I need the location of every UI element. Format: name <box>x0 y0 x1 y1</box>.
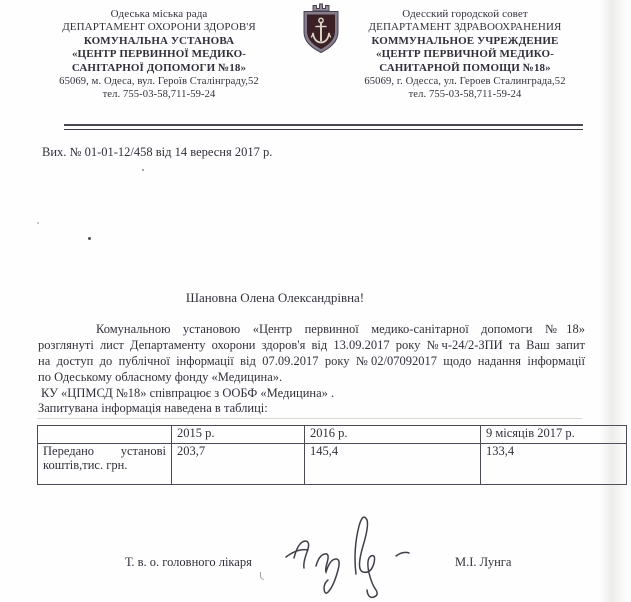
letterhead-ukrainian: Одеська міська рада ДЕПАРТАМЕНТ ОХОРОНИ … <box>28 8 290 102</box>
org-center-line-2-ru: САНИТАРНОЙ ПОМОЩИ №18» <box>340 62 590 75</box>
org-center-line-1-ru: «ЦЕНТР ПЕРВИЧНОЙ МЕДИКО- <box>340 48 590 61</box>
odessa-coat-of-arms-icon <box>296 2 346 55</box>
scan-speck <box>37 222 39 224</box>
org-department-line-ru: ДЕПАРТАМЕНТ ЗДРАВООХРАНЕНИЯ <box>340 21 590 34</box>
table-data-row: Передано установі коштів,тис. грн. 203,7… <box>38 444 627 485</box>
funds-table: 2015 р. 2016 р. 9 місяців 2017 р. Переда… <box>37 425 627 485</box>
letterhead-divider-rule <box>64 124 583 130</box>
scanned-letter-page: Одеська міська рада ДЕПАРТАМЕНТ ОХОРОНИ … <box>0 0 631 602</box>
org-center-line-1: «ЦЕНТР ПЕРВИННОЇ МЕДИКО- <box>28 48 290 61</box>
org-phone-line-ru: тел. 755-03-58,711-59-24 <box>340 88 590 101</box>
scan-shadow-artifact <box>600 0 627 602</box>
body-line-6: Запитувана інформація наведена в таблиці… <box>38 401 585 417</box>
table-header-2016: 2016 р. <box>305 426 481 444</box>
scan-speck <box>88 237 91 240</box>
salutation: Шановна Олена Олександрівна! <box>40 290 510 306</box>
org-phone-line: тел. 755-03-58,711-59-24 <box>28 88 290 101</box>
signoff-title: Т. в. о. головного лікаря <box>125 555 252 570</box>
table-header-row: 2015 р. 2016 р. 9 місяців 2017 р. <box>38 426 627 444</box>
table-row-label: Передано установі коштів,тис. грн. <box>38 444 172 485</box>
body-line-5: КУ «ЦПМСД №18» співпрацює з ООБФ «Медици… <box>38 386 585 402</box>
org-council-line-ru: Одесский городской совет <box>340 8 590 21</box>
org-institution-line-ru: КОММУНАЛЬНОЕ УЧРЕЖДЕНИЕ <box>340 35 590 48</box>
coat-of-arms-svg <box>296 2 346 55</box>
letter-body: Комунальною установою «Центр первинної м… <box>38 322 585 417</box>
body-line-3: на доступ до публічної інформації від 07… <box>38 354 585 370</box>
org-council-line: Одеська міська рада <box>28 8 290 21</box>
handwritten-signature <box>278 508 418 602</box>
table-header-2015: 2015 р. <box>172 426 305 444</box>
org-address-line: 65069, м. Одеса, вул. Героїв Сталінграду… <box>28 75 290 88</box>
scan-speck <box>142 169 144 171</box>
org-institution-line: КОМУНАЛЬНА УСТАНОВА <box>28 35 290 48</box>
body-line-4: по Одеському обласному фонду «Медицина». <box>38 370 585 386</box>
letterhead-russian: Одесский городской совет ДЕПАРТАМЕНТ ЗДР… <box>340 8 590 102</box>
table-value-2015: 203,7 <box>172 444 305 485</box>
scan-speck <box>260 572 264 580</box>
scan-ghost-line <box>37 418 582 419</box>
org-department-line: ДЕПАРТАМЕНТ ОХОРОНИ ЗДОРОВ'Я <box>28 21 290 34</box>
table-value-2016: 145,4 <box>305 444 481 485</box>
body-line-2: розглянуті лист Департаменту охорони здо… <box>38 338 585 354</box>
table-header-empty <box>38 426 172 444</box>
body-line-1: Комунальною установою «Центр первинної м… <box>38 322 585 338</box>
signoff-name: М.І. Лунга <box>455 555 511 570</box>
org-center-line-2: САНІТАРНОЇ ДОПОМОГИ №18» <box>28 62 290 75</box>
org-address-line-ru: 65069, г. Одесса, ул. Героев Сталинграда… <box>340 75 590 88</box>
reference-number-line: Вих. № 01-01-12/458 від 14 вересня 2017 … <box>42 145 272 160</box>
